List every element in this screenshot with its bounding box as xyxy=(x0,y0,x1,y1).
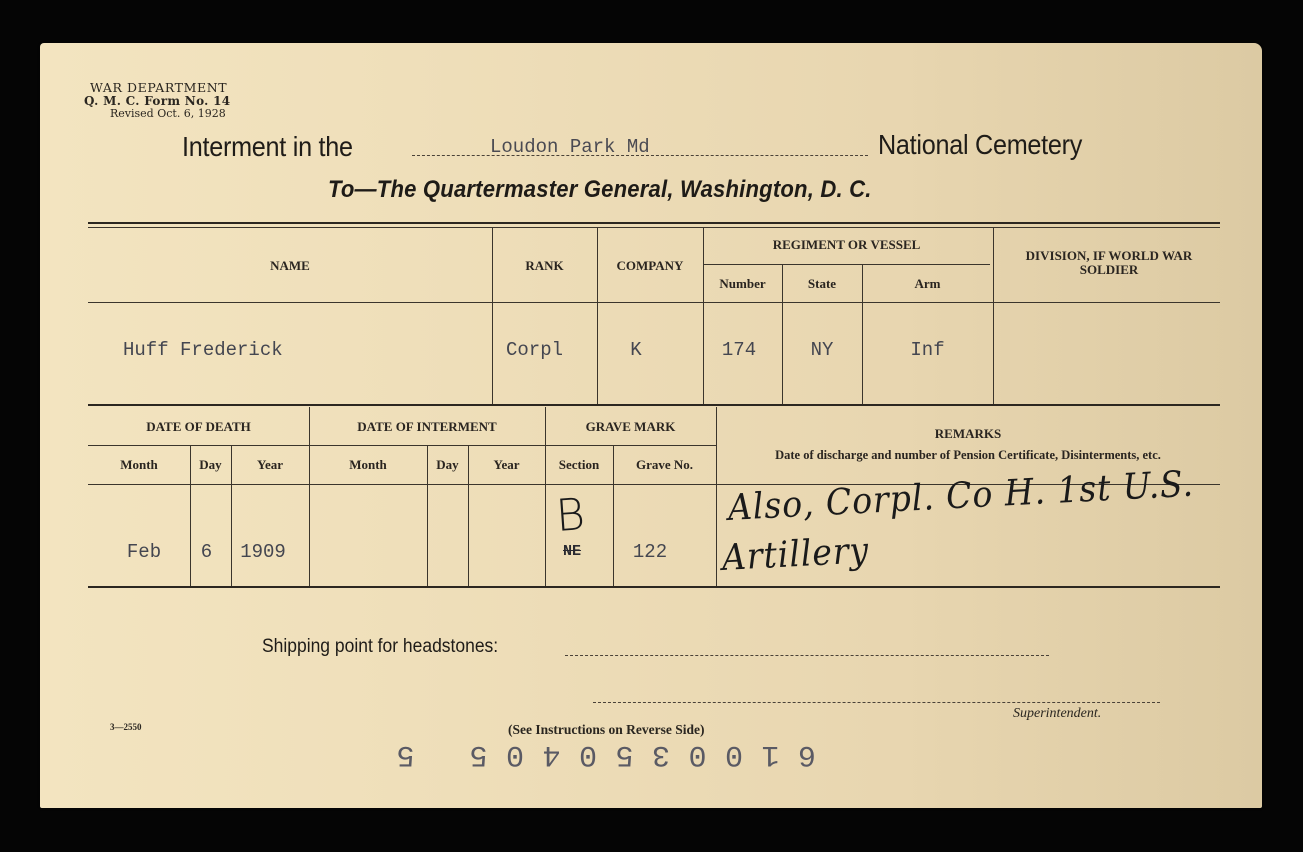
header-grave-mark: GRAVE MARK xyxy=(545,420,716,434)
shipping-point-field[interactable] xyxy=(565,655,1049,656)
header-death-year: Year xyxy=(231,458,309,472)
col-divider-division xyxy=(993,228,994,404)
header-date-of-interment: DATE OF INTERMENT xyxy=(309,420,545,434)
cell-section-typed-struck: NE xyxy=(563,543,581,560)
cell-company[interactable]: K xyxy=(597,339,675,361)
lower-subheader-divider xyxy=(88,445,716,446)
form-code: 3—2550 xyxy=(110,722,142,732)
cell-death-year[interactable]: 1909 xyxy=(231,541,295,563)
col-divider-regiment xyxy=(703,228,704,404)
header-death-month: Month xyxy=(88,458,190,472)
cell-regiment-arm[interactable]: Inf xyxy=(862,339,993,361)
header-remarks-subtitle: Date of discharge and number of Pension … xyxy=(716,449,1220,462)
title-suffix: National Cemetery xyxy=(878,129,1082,161)
lower-table-bottom xyxy=(88,586,1220,588)
form-number: Q. M. C. Form No. 14 xyxy=(84,95,230,107)
col-divider-grave xyxy=(545,407,546,586)
header-regiment-or-vessel: REGIMENT OR VESSEL xyxy=(703,238,990,252)
header-regiment-arm: Arm xyxy=(862,277,993,291)
upper-table-bottom xyxy=(88,404,1220,406)
cell-section-handwritten[interactable]: B xyxy=(554,489,586,542)
header-interment-day: Day xyxy=(427,458,468,472)
header-death-day: Day xyxy=(190,458,231,472)
header-date-of-death: DATE OF DEATH xyxy=(88,420,309,434)
header-regiment-number: Number xyxy=(703,277,782,291)
header-regiment-state: State xyxy=(782,277,862,291)
cell-grave-no[interactable]: 122 xyxy=(613,541,687,563)
cell-rank[interactable]: Corpl xyxy=(492,339,577,361)
double-rule-bottom xyxy=(88,227,1220,228)
col-divider-rank xyxy=(492,228,493,404)
superintendent-label: Superintendent. xyxy=(1013,706,1101,722)
header-company: COMPANY xyxy=(597,259,703,273)
double-rule-top xyxy=(88,222,1220,224)
cell-death-day[interactable]: 6 xyxy=(190,541,223,563)
stamped-serial-number: 6100350405 5 xyxy=(378,737,816,771)
regiment-subheader-divider xyxy=(703,264,990,265)
cell-regiment-number[interactable]: 174 xyxy=(703,339,775,361)
col-divider-company xyxy=(597,228,598,404)
cemetery-name-field[interactable]: Loudon Park Md xyxy=(490,136,650,158)
header-section: Section xyxy=(545,458,613,472)
col-divider-interment xyxy=(309,407,310,586)
header-remarks: REMARKS xyxy=(716,427,1220,441)
instructions-note: (See Instructions on Reverse Side) xyxy=(508,722,704,738)
header-rank: RANK xyxy=(492,259,597,273)
header-name: NAME xyxy=(88,259,492,273)
addressee: To—The Quartermaster General, Washington… xyxy=(328,176,872,204)
department-label: WAR DEPARTMENT xyxy=(90,82,227,95)
title-prefix: Interment in the xyxy=(182,131,353,163)
cell-death-month[interactable]: Feb xyxy=(88,541,200,563)
cell-regiment-state[interactable]: NY xyxy=(782,339,862,361)
header-interment-month: Month xyxy=(309,458,427,472)
superintendent-signature-line[interactable] xyxy=(593,702,1160,703)
header-grave-no: Grave No. xyxy=(613,458,716,472)
cell-name[interactable]: Huff Frederick xyxy=(123,339,283,361)
revision-date: Revised Oct. 6, 1928 xyxy=(110,108,226,119)
header-interment-year: Year xyxy=(468,458,545,472)
remarks-handwritten-line2[interactable]: Artillery xyxy=(721,530,870,579)
upper-header-divider xyxy=(88,302,1220,303)
header-division: DIVISION, IF WORLD WAR SOLDIER xyxy=(1003,249,1215,276)
shipping-point-label: Shipping point for headstones: xyxy=(262,636,498,658)
